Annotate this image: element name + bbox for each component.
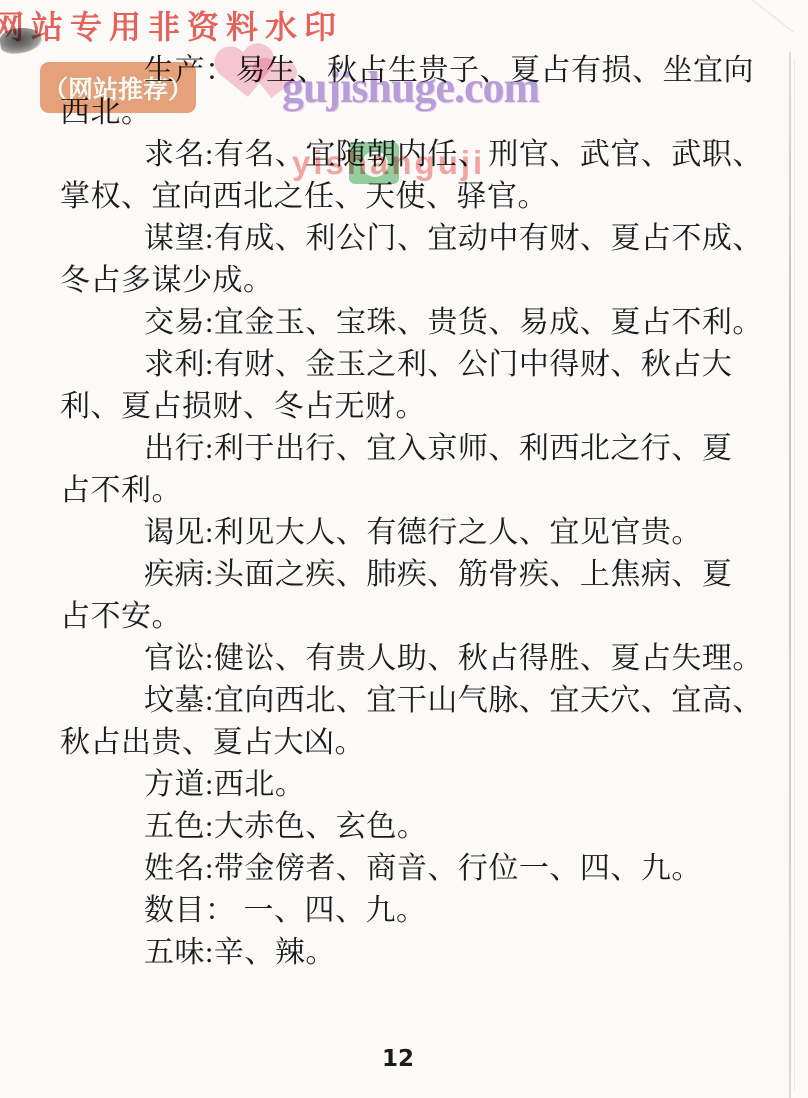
text-line: 方道:西北。 bbox=[60, 764, 756, 806]
text-line: 谒见:利见大人、有德行之人、宜见官贵。 bbox=[60, 512, 756, 554]
site-badge: （网站推荐） bbox=[40, 62, 196, 113]
green-stamp-icon bbox=[349, 142, 399, 184]
text-line: 冬占多谋少成。 bbox=[60, 260, 756, 302]
text-line: 占不利。 bbox=[60, 470, 756, 512]
watermark-banner: 网站专用非资料水印 bbox=[0, 2, 343, 48]
page-edge-line-soft bbox=[794, 60, 795, 1090]
page-number: 12 bbox=[0, 1046, 796, 1072]
corner-scan-line bbox=[748, 0, 794, 33]
text-line: 交易:宜金玉、宝珠、贵货、易成、夏占不利。 bbox=[60, 302, 756, 344]
watermark-site-url: gujishuge.com bbox=[282, 62, 539, 113]
scanned-page: 生产：易生、秋占生贵子、夏占有损、坐宜向西北。求名:有名、宜随朝内任、刑官、武官… bbox=[0, 0, 808, 1098]
text-line: 谋望:有成、利公门、宜动中有财、夏占不成、 bbox=[60, 218, 756, 260]
text-block: 生产：易生、秋占生贵子、夏占有损、坐宜向西北。求名:有名、宜随朝内任、刑官、武官… bbox=[60, 50, 756, 974]
text-line: 掌权、宜向西北之任、天使、驿官。 bbox=[60, 176, 756, 218]
text-line: 五色:大赤色、玄色。 bbox=[60, 806, 756, 848]
text-line: 疾病:头面之疾、肺疾、筋骨疾、上焦病、夏 bbox=[60, 554, 756, 596]
site-badge-label: （网站推荐） bbox=[43, 70, 193, 106]
text-line: 占不安。 bbox=[60, 596, 756, 638]
page-edge-line bbox=[789, 52, 791, 1098]
green-stamp-circle bbox=[362, 151, 388, 177]
text-line: 五味:辛、辣。 bbox=[60, 932, 756, 974]
text-line: 利、夏占损财、冬占无财。 bbox=[60, 386, 756, 428]
text-line: 官讼:健讼、有贵人助、秋占得胜、夏占失理。 bbox=[60, 638, 756, 680]
text-line: 姓名:带金傍者、商音、行位一、四、九。 bbox=[60, 848, 756, 890]
text-line: 秋占出贵、夏占大凶。 bbox=[60, 722, 756, 764]
text-line: 出行:利于出行、宜入京师、利西北之行、夏 bbox=[60, 428, 756, 470]
text-line: 坟墓:宜向西北、宜干山气脉、宜天穴、宜高、 bbox=[60, 680, 756, 722]
text-line: 求利:有财、金玉之利、公门中得财、秋占大 bbox=[60, 344, 756, 386]
text-line: 数目： 一、四、九。 bbox=[60, 890, 756, 932]
